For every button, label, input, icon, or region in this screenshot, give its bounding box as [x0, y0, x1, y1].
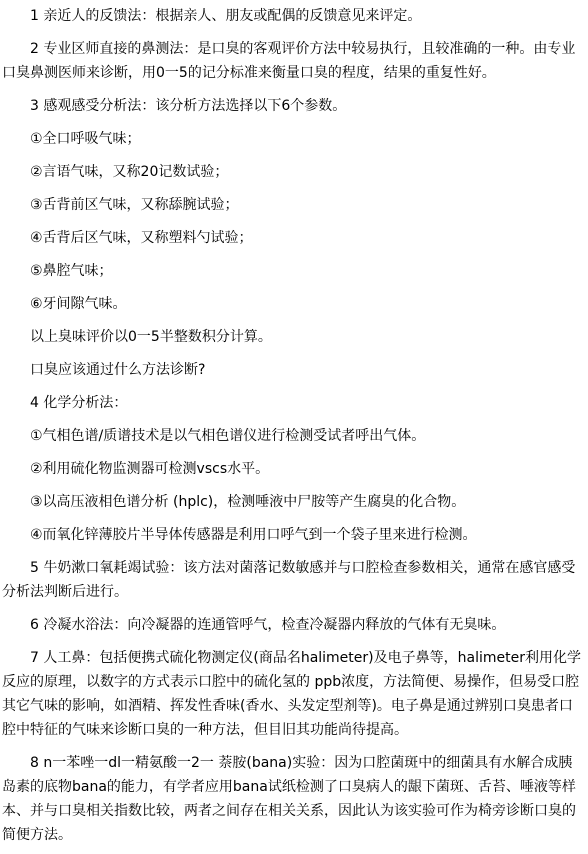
paragraph-question: 口臭应该通过什么方法诊断?	[2, 358, 586, 382]
list-item-1-whole-mouth-breath: ①全口呼吸气味；	[2, 127, 586, 151]
list-item-6-interdental-odor: ⑥牙间隙气味。	[2, 292, 586, 316]
paragraph-sensory-analysis-intro: 3 感观感受分析法：该分析方法选择以下6个参数。	[2, 94, 586, 118]
paragraph-bana-test: 8 n一苯唑一dl一精氨酸一2一 萘胺(bana)实验：因为口腔菌斑中的细菌具有…	[2, 751, 586, 847]
list-item-3-hplc: ③以高压液相色谱分析 (hplc)，检测唾液中尸胺等产生腐臭的化合物。	[2, 490, 586, 514]
paragraph-chemical-analysis-heading: 4 化学分析法：	[2, 391, 586, 415]
list-item-1-gas-chromatography: ①气相色谱/质谱技术是以气相色谱仪进行检测受试者呼出气体。	[2, 424, 586, 448]
paragraph-nasal-test-method: 2 专业区师直接的鼻测法：是口臭的客观评价方法中较易执行，且较准确的一种。由专业…	[2, 37, 586, 85]
paragraph-feedback-method: 1 亲近人的反馈法：根据亲人、朋友或配偶的反馈意见来评定。	[2, 4, 586, 28]
document-page: 1 亲近人的反馈法：根据亲人、朋友或配偶的反馈意见来评定。 2 专业区师直接的鼻…	[0, 0, 588, 847]
paragraph-artificial-nose: 7 人工鼻：包括便携式硫化物测定仪(商品名halimeter)及电子鼻等，hal…	[2, 646, 586, 742]
paragraph-scoring-note: 以上臭味评价以0一5半整数积分计算。	[2, 325, 586, 349]
list-item-5-nasal-odor: ⑤鼻腔气味；	[2, 259, 586, 283]
list-item-4-posterior-tongue: ④舌背后区气味，又称塑料勺试验；	[2, 226, 586, 250]
list-item-3-anterior-tongue: ③舌背前区气味，又称舔腕试验；	[2, 193, 586, 217]
list-item-4-zinc-oxide-sensor: ④而氧化锌薄胶片半导体传感器是利用口呼气到一个袋子里来进行检测。	[2, 523, 586, 547]
paragraph-condensate-bath-method: 6 冷凝水浴法：向冷凝器的连通管呼气，检查冷凝器内释放的气体有无臭味。	[2, 613, 586, 637]
list-item-2-speech-odor: ②言语气味，又称20记数试验；	[2, 160, 586, 184]
paragraph-milk-rinse-test: 5 牛奶漱口氧耗竭试验：该方法对菌落记数敏感并与口腔检查参数相关，通常在感官感受…	[2, 556, 586, 604]
list-item-2-sulfide-monitor: ②利用硫化物监测器可检测vscs水平。	[2, 457, 586, 481]
